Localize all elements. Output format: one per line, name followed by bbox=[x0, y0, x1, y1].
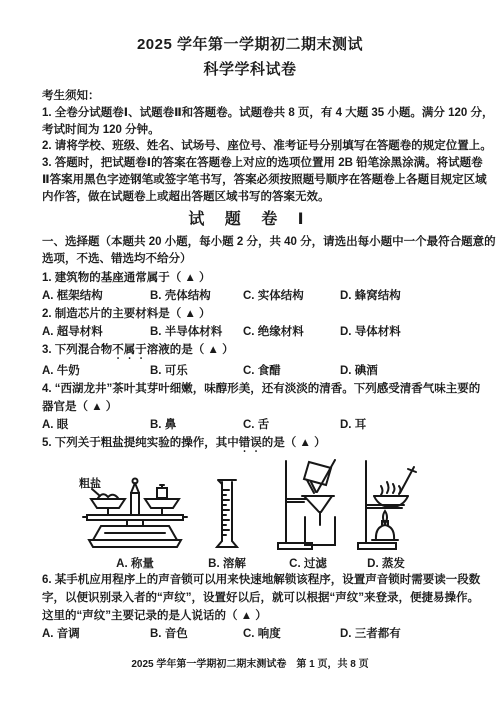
option-b: B. 鼻 bbox=[150, 416, 243, 434]
notice-line: 2. 请将学校、班级、姓名、试场号、座位号、准考证号分别填写在答题卷的规定位置上… bbox=[42, 138, 458, 155]
option-b: B. 可乐 bbox=[150, 362, 243, 380]
paper-subtitle: 科学学科试卷 bbox=[42, 57, 458, 82]
question-5-stem: 5. 下列关于粗盐提纯实验的操作，其中错误的是（ ▲ ） bbox=[42, 434, 458, 455]
figure-filtration: C. 过滤 bbox=[276, 459, 340, 571]
evaporation-setup-icon bbox=[354, 459, 418, 551]
question-4-stem-line2: 器官是（ ▲ ） bbox=[42, 398, 458, 416]
stem-emphasized-text: 错误 bbox=[239, 437, 262, 449]
exam-paper-page: 2025 学年第一学期初二期末测试 科学学科试卷 考生须知： 1. 全卷分试题卷… bbox=[0, 0, 500, 670]
notice-line: 考试时间为 120 分钟。 bbox=[42, 122, 458, 139]
option-a: A. 框架结构 bbox=[42, 287, 150, 305]
question-1-options: A. 框架结构 B. 壳体结构 C. 实体结构 D. 蜂窝结构 bbox=[42, 287, 458, 305]
stem-text: 5. 下列关于粗盐提纯实验的操作，其中 bbox=[42, 437, 239, 449]
filtration-setup-icon bbox=[276, 459, 340, 551]
question-4-options: A. 眼 B. 鼻 C. 舌 D. 耳 bbox=[42, 416, 458, 434]
option-d: D. 蜂窝结构 bbox=[340, 287, 458, 305]
paper-section-heading: 试 题 卷 Ⅰ bbox=[42, 208, 458, 232]
option-d: D. 耳 bbox=[340, 416, 458, 434]
question-3-stem: 3. 下列混合物不属于溶液的是（ ▲ ） bbox=[42, 341, 458, 362]
figure-label-d: D. 蒸发 bbox=[367, 555, 405, 571]
notice-line: Ⅱ答案用黑色字迹钢笔或签字笔书写，答案必须按照题号顺序在答题卷上各题目规定区域 bbox=[42, 172, 458, 189]
page-footer: 2025 学年第一学期初二期末测试卷 第 1 页，共 8 页 bbox=[42, 655, 458, 670]
paper-title: 2025 学年第一学期初二期末测试 bbox=[42, 32, 458, 57]
figure-label-c: C. 过滤 bbox=[289, 555, 327, 571]
question-5-figures: 粗盐 A. 称量 bbox=[42, 459, 458, 571]
option-c: C. 食醋 bbox=[243, 362, 340, 380]
question-6-stem-line2: 字，以便识别录入者的“声纹”，设置好以后，就可以根据“声纹”来登录，便捷易操作。 bbox=[42, 589, 458, 607]
figure-dissolving: B. 溶解 bbox=[212, 459, 242, 571]
question-6-stem-line3: 这里的“声纹”主要记录的是人说话的（ ▲ ） bbox=[42, 607, 458, 625]
candidate-notice: 考生须知： 1. 全卷分试题卷Ⅰ、试题卷Ⅱ和答题卷。试题卷共 8 页，有 4 大… bbox=[42, 88, 458, 206]
multiple-choice-instructions-line1: 一、选择题（本题共 20 小题，每小题 2 分，共 40 分，请选出每小题中一个… bbox=[42, 234, 458, 252]
option-b: B. 壳体结构 bbox=[150, 287, 243, 305]
multiple-choice-instructions-line2: 选项，不选、错选均不给分） bbox=[42, 251, 458, 269]
figure-weighing: 粗盐 A. 称量 bbox=[76, 459, 194, 571]
option-a: A. 音调 bbox=[42, 625, 150, 643]
option-d: D. 导体材料 bbox=[340, 323, 458, 341]
notice-heading: 考生须知： bbox=[42, 88, 458, 105]
option-a: A. 眼 bbox=[42, 416, 150, 434]
option-c: C. 实体结构 bbox=[243, 287, 340, 305]
balance-scale-icon: 粗盐 bbox=[79, 475, 191, 551]
notice-line: 1. 全卷分试题卷Ⅰ、试题卷Ⅱ和答题卷。试题卷共 8 页，有 4 大题 35 小… bbox=[42, 105, 458, 122]
stem-text: 溶液的是（ ▲ ） bbox=[147, 344, 234, 356]
figure-label-b: B. 溶解 bbox=[208, 555, 246, 571]
notice-line: 内作答，做在试题卷上或超出答题区域书写的答案无效。 bbox=[42, 189, 458, 206]
option-b: B. 半导体材料 bbox=[150, 323, 243, 341]
option-c: C. 响度 bbox=[243, 625, 340, 643]
stem-emphasized-text: 不属于 bbox=[112, 344, 147, 356]
figure-label-a: A. 称量 bbox=[116, 555, 154, 571]
question-6-stem-line1: 6. 某手机应用程序上的声音锁可以用来快速地解锁该程序，设置声音锁时需要读一段数 bbox=[42, 571, 458, 589]
question-4-stem-line1: 4. “西湖龙井”茶叶其芽叶细嫩，味醇形美，还有淡淡的清香。下列感受清香气味主要… bbox=[42, 380, 458, 398]
option-d: D. 三者都有 bbox=[340, 625, 458, 643]
coarse-salt-annotation: 粗盐 bbox=[79, 476, 101, 490]
option-c: C. 绝缘材料 bbox=[243, 323, 340, 341]
figure-evaporation: D. 蒸发 bbox=[354, 459, 418, 571]
question-3-options: A. 牛奶 B. 可乐 C. 食醋 D. 碘酒 bbox=[42, 362, 458, 380]
notice-line: 3. 答题时，把试题卷Ⅰ的答案在答题卷上对应的选项位置用 2B 铅笔涂黑涂满。将… bbox=[42, 155, 458, 172]
option-d: D. 碘酒 bbox=[340, 362, 458, 380]
option-b: B. 音色 bbox=[150, 625, 243, 643]
option-c: C. 舌 bbox=[243, 416, 340, 434]
stem-text: 的是（ ▲ ） bbox=[262, 437, 326, 449]
question-1-stem: 1. 建筑物的基座通常属于（ ▲ ） bbox=[42, 269, 458, 287]
stem-text: 3. 下列混合物 bbox=[42, 344, 112, 356]
measuring-cylinder-icon bbox=[214, 475, 240, 551]
question-2-options: A. 超导材料 B. 半导体材料 C. 绝缘材料 D. 导体材料 bbox=[42, 323, 458, 341]
option-a: A. 超导材料 bbox=[42, 323, 150, 341]
question-6-options: A. 音调 B. 音色 C. 响度 D. 三者都有 bbox=[42, 625, 458, 643]
question-2-stem: 2. 制造芯片的主要材料是（ ▲ ） bbox=[42, 305, 458, 323]
option-a: A. 牛奶 bbox=[42, 362, 150, 380]
